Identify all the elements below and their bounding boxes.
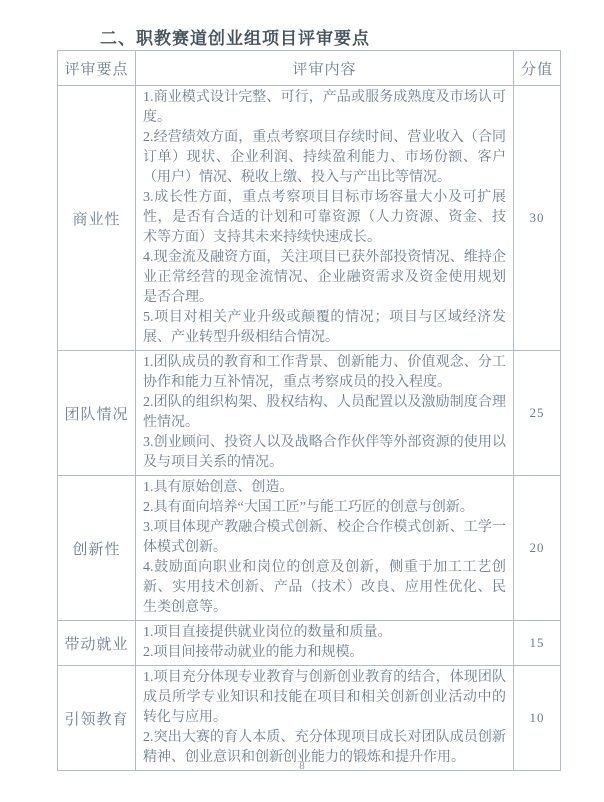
row-point-label: 商业性 bbox=[58, 86, 136, 351]
table-row-employment: 带动就业 1.项目直接提供就业岗位的数量和质量。 2.项目间接带动就业的能力和规… bbox=[58, 621, 561, 666]
row-score-value: 30 bbox=[514, 86, 561, 351]
row-point-label: 引领教育 bbox=[58, 666, 136, 771]
row-content-text: 1.商业模式设计完整、可行，产品或服务成熟度及市场认可度。 2.经营绩效方面，重… bbox=[136, 86, 514, 351]
row-score-value: 25 bbox=[514, 351, 561, 476]
row-point-label: 带动就业 bbox=[58, 621, 136, 666]
table-row-commercial: 商业性 1.商业模式设计完整、可行，产品或服务成熟度及市场认可度。 2.经营绩效… bbox=[58, 86, 561, 351]
page-number: 8 bbox=[0, 760, 604, 772]
row-content-text: 1.具有原始创意、创造。 2.具有面向培养“大国工匠”与能工巧匠的创意与创新。 … bbox=[136, 476, 514, 621]
row-score-value: 10 bbox=[514, 666, 561, 771]
row-point-label: 团队情况 bbox=[58, 351, 136, 476]
table-row-innovation: 创新性 1.具有原始创意、创造。 2.具有面向培养“大国工匠”与能工巧匠的创意与… bbox=[58, 476, 561, 621]
table-row-team: 团队情况 1.团队成员的教育和工作背景、创新能力、价值观念、分工协作和能力互补情… bbox=[58, 351, 561, 476]
row-point-label: 创新性 bbox=[58, 476, 136, 621]
column-header-point: 评审要点 bbox=[58, 51, 136, 86]
row-score-value: 20 bbox=[514, 476, 561, 621]
document-page: 二、职教赛道创业组项目评审要点 评审要点 评审内容 分值 商业性 1.商业模式设… bbox=[0, 0, 604, 802]
row-content-text: 1.项目充分体现专业教育与创新创业教育的结合，体现团队成员所学专业知识和技能在项… bbox=[136, 666, 514, 771]
table-row-education: 引领教育 1.项目充分体现专业教育与创新创业教育的结合，体现团队成员所学专业知识… bbox=[58, 666, 561, 771]
row-content-text: 1.项目直接提供就业岗位的数量和质量。 2.项目间接带动就业的能力和规模。 bbox=[136, 621, 514, 666]
section-title: 二、职教赛道创业组项目评审要点 bbox=[100, 24, 370, 49]
table-header-row: 评审要点 评审内容 分值 bbox=[58, 51, 561, 86]
column-header-score: 分值 bbox=[514, 51, 561, 86]
column-header-content: 评审内容 bbox=[136, 51, 514, 86]
row-score-value: 15 bbox=[514, 621, 561, 666]
review-criteria-table: 评审要点 评审内容 分值 商业性 1.商业模式设计完整、可行，产品或服务成熟度及… bbox=[57, 50, 561, 771]
row-content-text: 1.团队成员的教育和工作背景、创新能力、价值观念、分工协作和能力互补情况，重点考… bbox=[136, 351, 514, 476]
